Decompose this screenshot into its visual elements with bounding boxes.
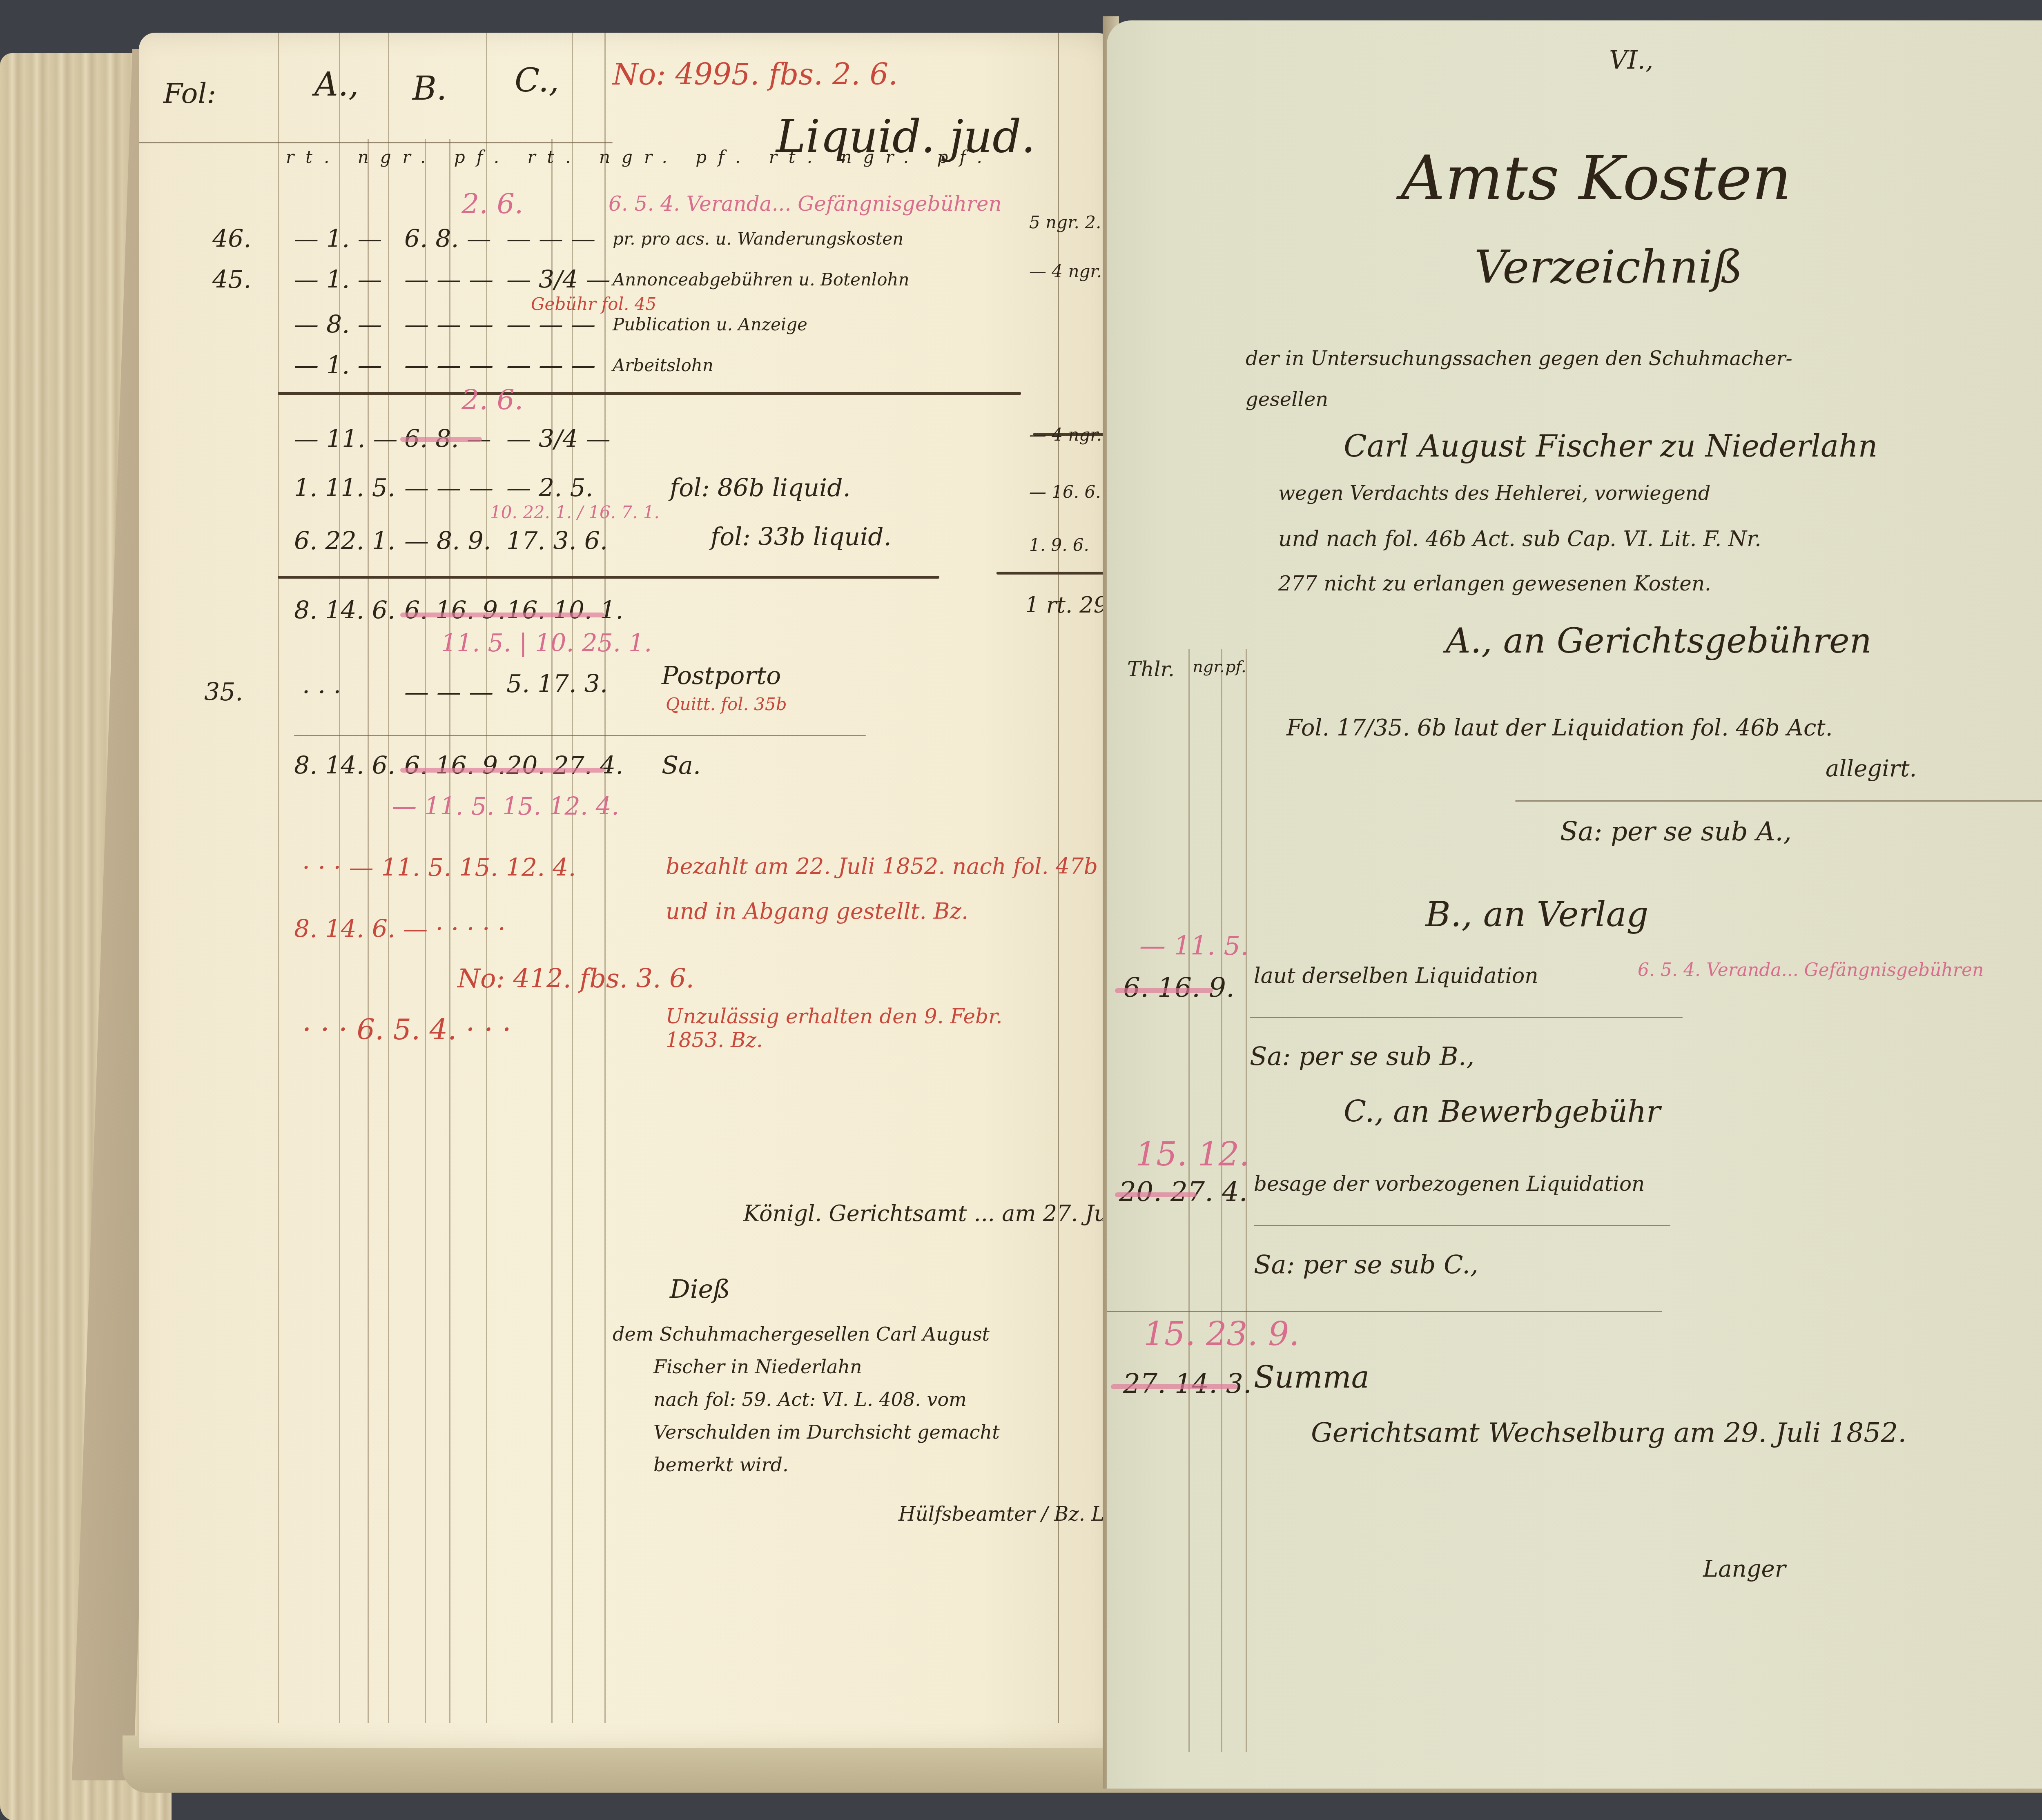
section-line: besage der vorbezogenen Liquidation [1254,1172,1645,1196]
strike-mark [1111,1384,1237,1389]
red-top-note: 6. 5. 4. Veranda... Gefängnisgebühren [609,192,1002,216]
red-entry-text: und in Abgang gestellt. Bz. [666,898,968,924]
section-total: Sa: per se sub A., [1560,817,1792,847]
total-divider [278,576,939,579]
total-b: 6. 16. 9. [404,751,506,780]
total-b: 6. 16. 9. [404,596,506,625]
closing-line: nach fol: 59. Act: VI. L. 408. vom [653,1388,967,1410]
total-c: 20. 27. 4. [506,751,623,780]
correction: 2. 6. [461,384,523,416]
signature: Langer [1703,1556,1786,1582]
subtotal-right: — 16. 6. [1029,482,1101,502]
row-b: — — — [404,265,493,294]
col-c-header: C., [515,61,559,99]
subtotal-desc: fol: 33b liquid. [711,523,892,551]
row-folio: 46. [212,225,251,253]
subtotal-right: — 4 ngr. [1029,425,1102,445]
red-entry-values: · · · 6. 5. 4. · · · [302,1013,511,1046]
red-entry-values: 8. 14. 6. — · · · · · [294,915,506,943]
right-page: VI., 47. Amts Kosten Verzeichniß der in … [1107,20,2042,1789]
section-amount: 20. 27. 4. [1119,1176,1248,1207]
row-c: — — — [506,351,595,380]
ref-number: No: 4995. fbs. 2. 6. [613,57,898,91]
correction: 2. 6. [461,188,523,220]
strike-mark [400,768,604,773]
rule [278,33,279,1723]
correction: — 11. 5. 15. 12. 4. [392,792,619,821]
sa-divider [294,735,866,736]
section-amount: 6. 16. 9. [1123,972,1235,1003]
subtotal-b: — 8. 9. [404,527,491,555]
row-b: — — — [404,310,493,339]
row-right: 5 ngr. 2. [1029,212,1101,232]
total-a: 8. 14. 6. [294,751,395,780]
col-pf: pf. [1225,657,1246,676]
col-ngr: ngr. [1193,657,1225,676]
row-a: — 1. — [294,351,382,380]
subtotal-a: 6. 22. 1. [294,527,395,555]
intro-line: und nach fol. 46b Act. sub Cap. VI. Lit.… [1278,527,1761,551]
intro-line: wegen Verdachts des Hehlerei, vorwiegend [1278,482,1710,505]
total-a: · · · [302,678,341,706]
red-entry-values: No: 412. fbs. 3. 6. [457,964,694,994]
total-desc: Postporto [662,662,781,690]
subtotal-c: — 2. 5. [506,474,593,502]
total-a: 8. 14. 6. [294,596,395,625]
section-heading: A., an Gerichtsgebühren [1446,621,1872,661]
strike-mark [1115,1192,1197,1197]
subtotal-b: — — — [404,474,493,502]
correction: 11. 5. | 10. 25. 1. [441,629,652,657]
header-divider [139,142,613,143]
row-desc: Annonceabgebühren u. Botenlohn [613,270,910,290]
units-row: rt. ngr. pf. rt. ngr. pf. rt. ngr. pf. [286,147,994,167]
subtotal-a: — 11. — [294,425,398,453]
subtotal-c: — 3/4 — [506,425,611,453]
row-c: — 3/4 — [506,265,611,294]
closing-line: Verschulden im Durchsicht gemacht [653,1421,1000,1443]
left-page: Fol: A., B. C., No: 4995. fbs. 2. 6. Liq… [139,33,1127,1748]
col-a-header: A., [314,65,359,103]
red-note: Quitt. fol. 35b [666,694,787,714]
red-note: 6. 5. 4. Veranda... Gefängnisgebühren [1638,960,1984,980]
summa-amount: 27. 14. 3. [1123,1368,1252,1399]
section-number: VI., [1609,45,1654,75]
row-a: — 1. — [294,225,382,253]
subtotal-desc: fol: 86b liquid. [670,474,851,502]
row-desc: Arbeitslohn [613,355,713,375]
red-entry-text: Unzulässig erhalten den 9. Febr. 1853. B… [666,1005,1033,1052]
section-line: allegirt. [1826,755,1917,782]
col-b-header: B. [412,69,447,107]
row-b: — — — [404,351,493,380]
intro-line: gesellen [1246,388,1328,411]
row-c: — — — [506,310,595,339]
row-desc: Publication u. Anzeige [613,314,807,334]
total-b: — — — [404,678,493,706]
place-date: Gerichtsamt Wechselburg am 29. Juli 1852… [1311,1417,1906,1448]
summa-label: Summa [1254,1360,1369,1395]
amount-correction: 15. 12. [1135,1135,1250,1173]
intro-line: der in Untersuchungssachen gegen den Sch… [1246,347,1792,370]
total-c: 5. 17. 3. [506,670,608,698]
section-line: laut derselben Liquidation [1254,964,1538,988]
closing-line: dem Schuhmachergesellen Carl August [613,1323,990,1345]
section-total: Sa: per se sub C., [1254,1250,1478,1279]
subtotal-c: 17. 3. 6. [506,527,608,555]
strike-mark [400,437,482,442]
amount-correction: — 11. 5. [1139,931,1249,961]
col-folio-header: Fol: [163,78,216,110]
col-thlr: Thlr. [1127,657,1175,681]
section-heading: B., an Verlag [1425,894,1648,934]
row-b: 6. 8. — [404,225,491,253]
section-heading: C., an Bewerbgebühr [1344,1094,1661,1129]
subtotal-a: 1. 11. 5. [294,474,395,502]
red-entry-values: · · · — 11. 5. 15. 12. 4. [302,853,576,882]
row-a: — 8. — [294,310,382,339]
closing-salutation: Dieß [670,1274,730,1304]
correction: 10. 22. 1. / 16. 7. 1. [490,502,660,522]
summa-correction: 15. 23. 9. [1144,1315,1300,1353]
right-page-title: Amts Kosten [1401,143,1791,214]
section-divider [1250,1017,1683,1018]
closing-line: Fischer in Niederlahn [653,1356,862,1378]
row-c: — — — [506,225,595,253]
strike-mark [1115,988,1213,993]
row-desc: pr. pro acs. u. Wanderungskosten [613,229,903,249]
row-right: — 4 ngr. [1029,261,1102,281]
row-a: — 1. — [294,265,382,294]
intro-name: Carl August Fischer zu Niederlahn [1344,429,1877,464]
row-folio: 45. [212,265,251,294]
subtotal-right: 1. 9. 6. [1029,535,1089,555]
subtotal-divider [278,392,1021,395]
row-folio: 35. [204,678,243,706]
red-entry-text: bezahlt am 22. Juli 1852. nach fol. 47b [666,853,1098,879]
right-page-subtitle: Verzeichniß [1474,241,1743,293]
section-divider [1254,1225,1670,1226]
intro-line: 277 nicht zu erlangen gewesenen Kosten. [1278,572,1711,595]
total-desc: Sa. [662,751,701,780]
section-divider [1515,800,2042,802]
summa-divider [1107,1311,1662,1312]
closing-line: bemerkt wird. [653,1454,789,1476]
section-line: Fol. 17/35. 6b laut der Liquidation fol.… [1286,715,1833,741]
total-c: 16. 10. 1. [506,596,623,625]
section-total: Sa: per se sub B., [1250,1041,1474,1071]
strike-mark [400,613,604,617]
